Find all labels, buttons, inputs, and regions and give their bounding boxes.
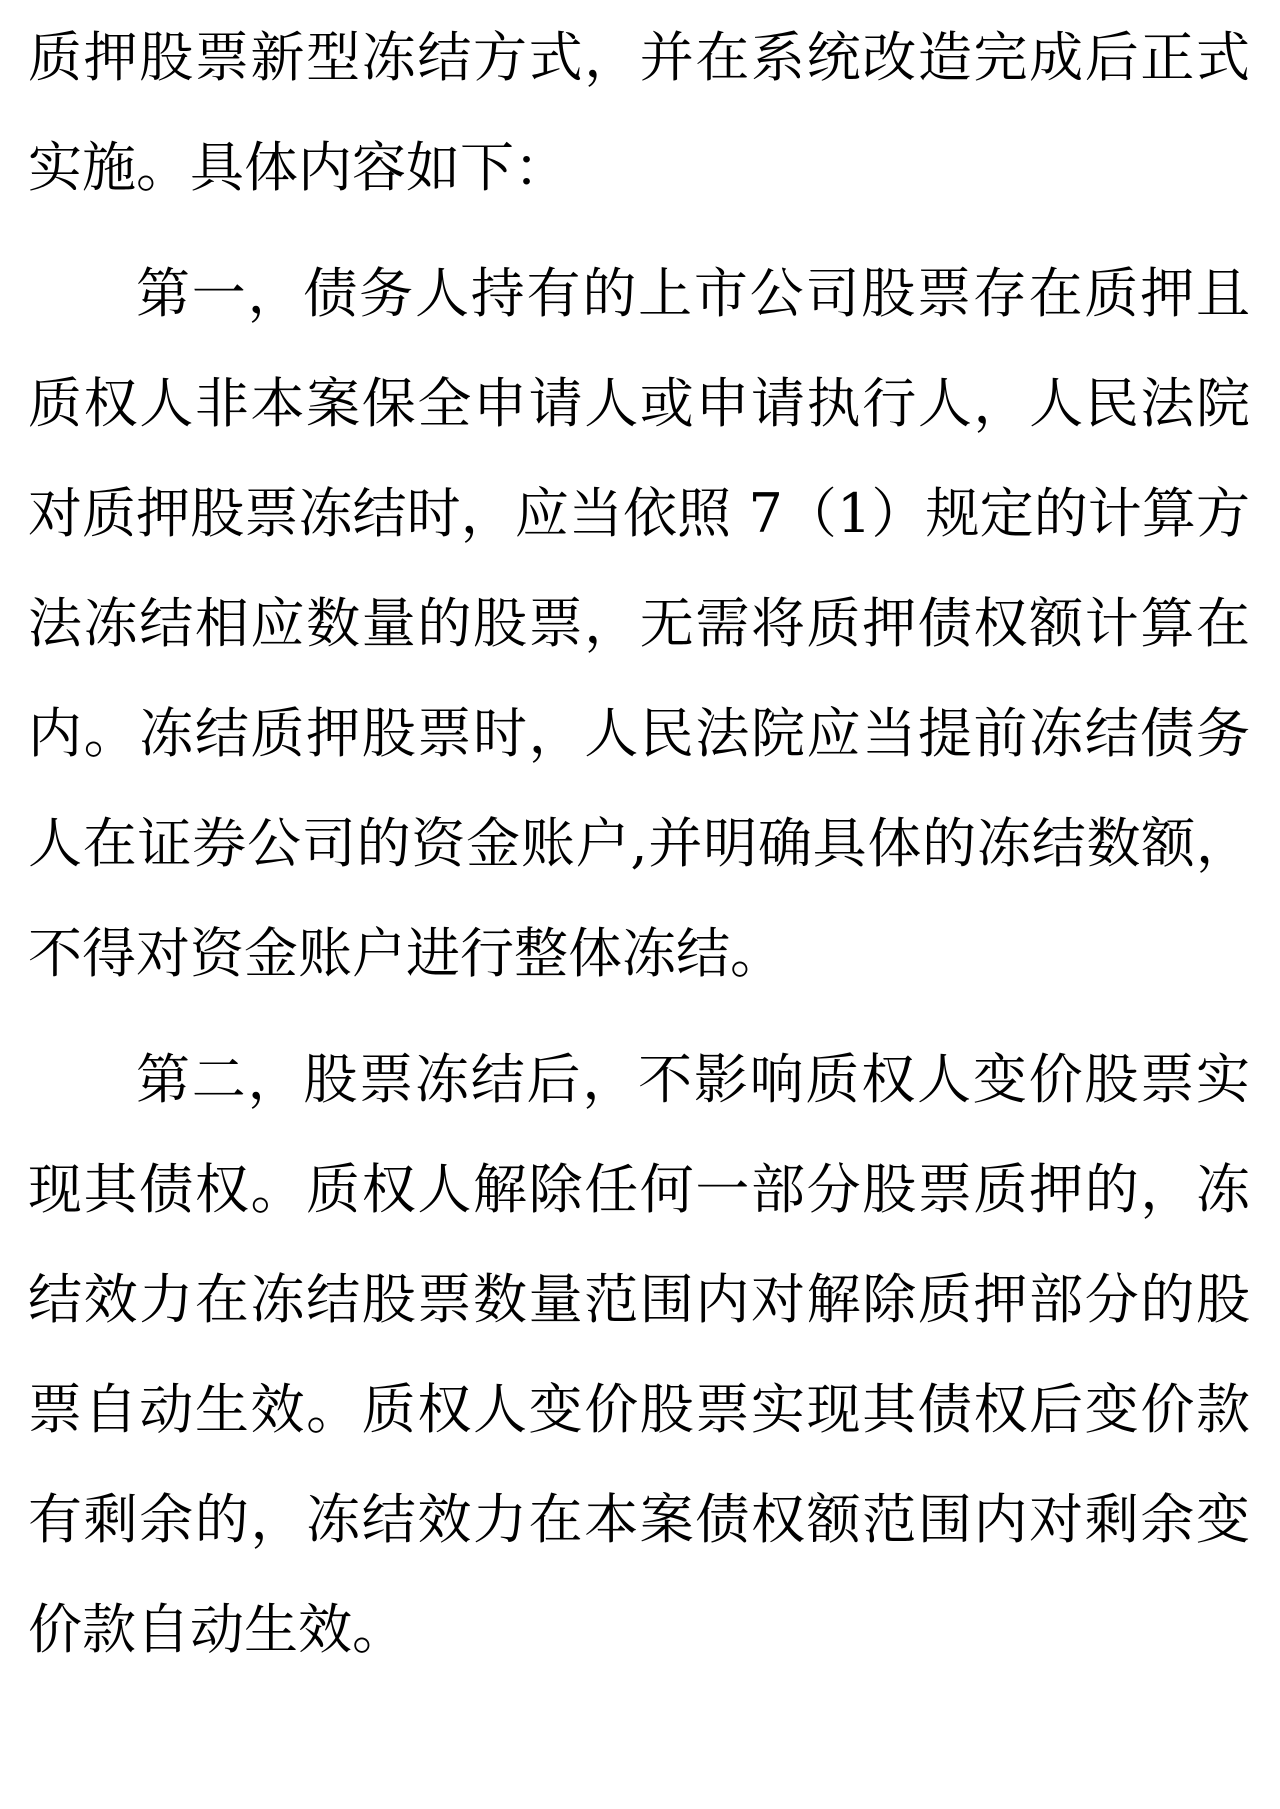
paragraph: 第二，股票冻结后，不影响质权人变价股票实现其债权。质权人解除任何一部分股票质押的… [28,1025,1250,1685]
text-line: 实施。具体内容如下： [28,113,1250,223]
text-line: 结效力在冻结股票数量范围内对解除质押部分的股 [28,1245,1250,1355]
text-line: 内。冻结质押股票时，人民法院应当提前冻结债务 [28,679,1250,789]
document-body: 质押股票新型冻结方式，并在系统改造完成后正式实施。具体内容如下：第一，债务人持有… [28,3,1250,1685]
text-line: 人在证券公司的资金账户,并明确具体的冻结数额， [28,789,1250,899]
text-line: 第二，股票冻结后，不影响质权人变价股票实 [28,1025,1250,1135]
text-line: 价款自动生效。 [28,1575,1250,1685]
paragraph: 质押股票新型冻结方式，并在系统改造完成后正式实施。具体内容如下： [28,3,1250,223]
document-page: 质押股票新型冻结方式，并在系统改造完成后正式实施。具体内容如下：第一，债务人持有… [0,0,1280,1809]
paragraph: 第一，债务人持有的上市公司股票存在质押且质权人非本案保全申请人或申请执行人，人民… [28,239,1250,1009]
text-line: 有剩余的，冻结效力在本案债权额范围内对剩余变 [28,1465,1250,1575]
text-line: 对质押股票冻结时，应当依照 7（1）规定的计算方 [28,459,1250,569]
text-line: 不得对资金账户进行整体冻结。 [28,899,1250,1009]
text-line: 第一，债务人持有的上市公司股票存在质押且 [28,239,1250,349]
text-line: 法冻结相应数量的股票，无需将质押债权额计算在 [28,569,1250,679]
text-line: 票自动生效。质权人变价股票实现其债权后变价款 [28,1355,1250,1465]
text-line: 质押股票新型冻结方式，并在系统改造完成后正式 [28,3,1250,113]
text-line: 现其债权。质权人解除任何一部分股票质押的，冻 [28,1135,1250,1245]
text-line: 质权人非本案保全申请人或申请执行人，人民法院 [28,349,1250,459]
